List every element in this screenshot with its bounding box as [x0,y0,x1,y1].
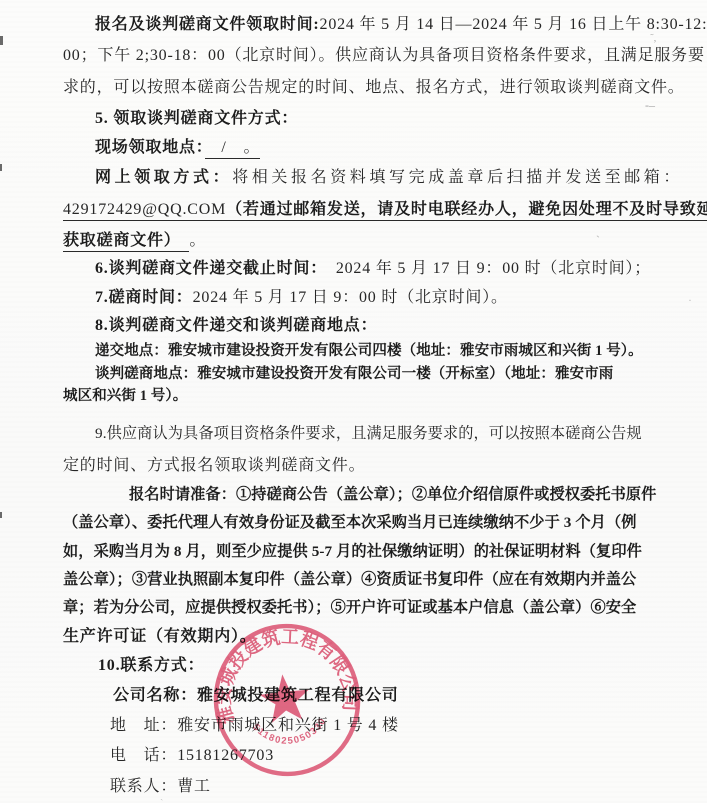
text-line: 求的，可以按照本磋商公告规定的时间、地点、报名方式，进行领取谈判磋商文件。 [63,78,685,97]
text-segment: （若通过邮箱发送，请及时电联经办人，避免因处理不及时导致延迟 [226,201,707,221]
scan-edge-mark [0,512,2,518]
text-line: 生产许可证（有效期内）。 [63,627,257,646]
text-segment: 章；若为分公司，应提供授权委托书）；⑤开户许可证或基本户信息（盖公章）⑥安全 [63,599,636,616]
text-segment: 2024 年 5 月 17 日 9：00 时（北京时间）； [319,260,651,277]
text-segment: 10.联系方式： [98,657,204,674]
text-segment: 获取磋商文件） [63,232,189,252]
text-segment: 定的时间、方式报名领取谈判磋商文件。 [63,457,365,474]
text-segment: 现场领取地点： [95,139,205,156]
text-segment: 公司名称：雅安城投建筑工程有限公司 [113,687,399,704]
text-segment: / 。 [205,139,261,159]
text-line: 7.磋商时间：2024 年 5 月 17 日 9：00 时（北京时间）。 [95,288,508,307]
text-line: 8.谈判磋商文件递交和谈判磋商地点： [95,316,377,335]
text-segment: 递交地点：雅安城市建设投资开发有限公司四楼（地址：雅安市雨城区和兴街 1 号）。 [95,343,643,359]
text-segment: 6.谈判磋商文件递交截止时间： [95,260,319,277]
text-line: 谈判磋商地点：雅安城市建设投资开发有限公司一楼（开标室）（地址：雅安市雨 [95,366,613,383]
text-line: 电 话：15181267703 [110,746,274,765]
scanned-document-page: 报名及谈判磋商文件领取时间:2024 年 5 月 14 日—2024 年 5 月… [0,0,707,803]
text-line: 9.供应商认为具备项目资格条件要求，且满足服务要求的，可以按照本磋商公告规 [95,425,642,443]
text-line: 10.联系方式： [98,656,204,675]
text-line: 429172429@QQ.COM（若通过邮箱发送，请及时电联经办人，避免因处理不… [63,200,707,219]
text-segment: 谈判磋商地点：雅安城市建设投资开发有限公司一楼（开标室）（地址：雅安市雨 [95,366,613,382]
text-line: 盖公章）；③营业执照副本复印件（盖公章）④资质证书复印件（应在有效期内并盖公 [63,571,636,589]
scan-artifact: · [688,293,692,308]
text-line: 00；下午 2;30-18：00（北京时间）。供应商认为具备项目资格条件要求，且… [63,46,705,65]
text-segment: 7.磋商时间： [95,289,193,306]
text-line: 城区和兴街 1 号）。 [63,388,187,405]
text-segment: 5. 领取谈判磋商文件方式： [95,110,298,127]
text-line: 5. 领取谈判磋商文件方式： [95,109,298,128]
text-line: 报名及谈判磋商文件领取时间:2024 年 5 月 14 日—2024 年 5 月… [95,15,707,34]
text-segment: 00；下午 2;30-18：00（北京时间）。供应商认为具备项目资格条件要求，且… [63,47,705,64]
scan-artifact: -– [645,98,655,113]
text-line: 公司名称：雅安城投建筑工程有限公司 [113,686,399,705]
scan-edge-mark [0,36,3,45]
text-segment: 报名时请准备：①持磋商公告（盖公章）；②单位介绍信原件或授权委托书原件 [129,486,656,503]
text-segment: 2024 年 5 月 14 日—2024 年 5 月 16 日上午 8:30-1… [320,16,707,33]
text-segment: 生产许可证（有效期内）。 [63,628,257,645]
text-segment: 报名及谈判磋商文件领取时间: [95,16,320,33]
text-line: 地 址：雅安市雨城区和兴街 1 号 4 楼 [110,716,399,735]
text-line: 递交地点：雅安城市建设投资开发有限公司四楼（地址：雅安市雨城区和兴街 1 号）。 [95,343,643,360]
text-line: 联系人：曹工 [110,777,211,796]
text-segment: 9.供应商认为具备项目资格条件要求，且满足服务要求的，可以按照本磋商公告规 [95,425,642,442]
text-line: 章；若为分公司，应提供授权委托书）；⑤开户许可证或基本户信息（盖公章）⑥安全 [63,599,636,617]
text-segment: 2024 年 5 月 17 日 9：00 时（北京时间）。 [193,289,508,306]
text-segment: 电 话：15181267703 [110,747,274,764]
text-segment: 盖公章）；③营业执照副本复印件（盖公章）④资质证书复印件（应在有效期内并盖公 [63,571,636,588]
text-line: 现场领取地点： / 。 [95,138,260,157]
text-line: （盖公章）、委托代理人有效身份证及截至本次采购当月已连续缴纳不少于 3 个月（例 [63,514,637,532]
text-line: 网上领取方式：将相关报名资料填写完成盖章后扫描并发送至邮箱： [95,168,683,187]
text-line: 报名时请准备：①持磋商公告（盖公章）；②单位介绍信原件或授权委托书原件 [129,486,656,504]
scan-artifact: ˏ [596,224,600,239]
text-line: 定的时间、方式报名领取谈判磋商文件。 [63,456,365,475]
text-segment: 网上领取方式： [95,169,232,186]
text-line: 获取磋商文件） 。 [63,231,206,250]
scan-edge-mark [0,164,2,171]
text-line: 6.谈判磋商文件递交截止时间： 2024 年 5 月 17 日 9：00 时（北… [95,259,651,278]
text-segment: 地 址：雅安市雨城区和兴街 1 号 4 楼 [110,717,399,734]
text-segment: 8.谈判磋商文件递交和谈判磋商地点： [95,317,377,334]
text-line: 如，采购当月为 8 月，则至少应提供 5-7 月的社保缴纳证明）的社保证明材料（… [63,543,642,561]
text-segment: 求的，可以按照本磋商公告规定的时间、地点、报名方式，进行领取谈判磋商文件。 [63,79,685,96]
text-segment: 如，采购当月为 8 月，则至少应提供 5-7 月的社保缴纳证明）的社保证明材料（… [63,543,642,560]
text-segment: 城区和兴街 1 号）。 [63,388,187,404]
text-segment: 。 [189,232,206,249]
text-segment: 联系人：曹工 [110,778,211,795]
text-segment: 429172429@QQ.COM [63,201,226,221]
text-segment: （盖公章）、委托代理人有效身份证及截至本次采购当月已连续缴纳不少于 3 个月（例 [63,514,637,531]
text-segment: 将相关报名资料填写完成盖章后扫描并发送至邮箱： [232,169,683,186]
